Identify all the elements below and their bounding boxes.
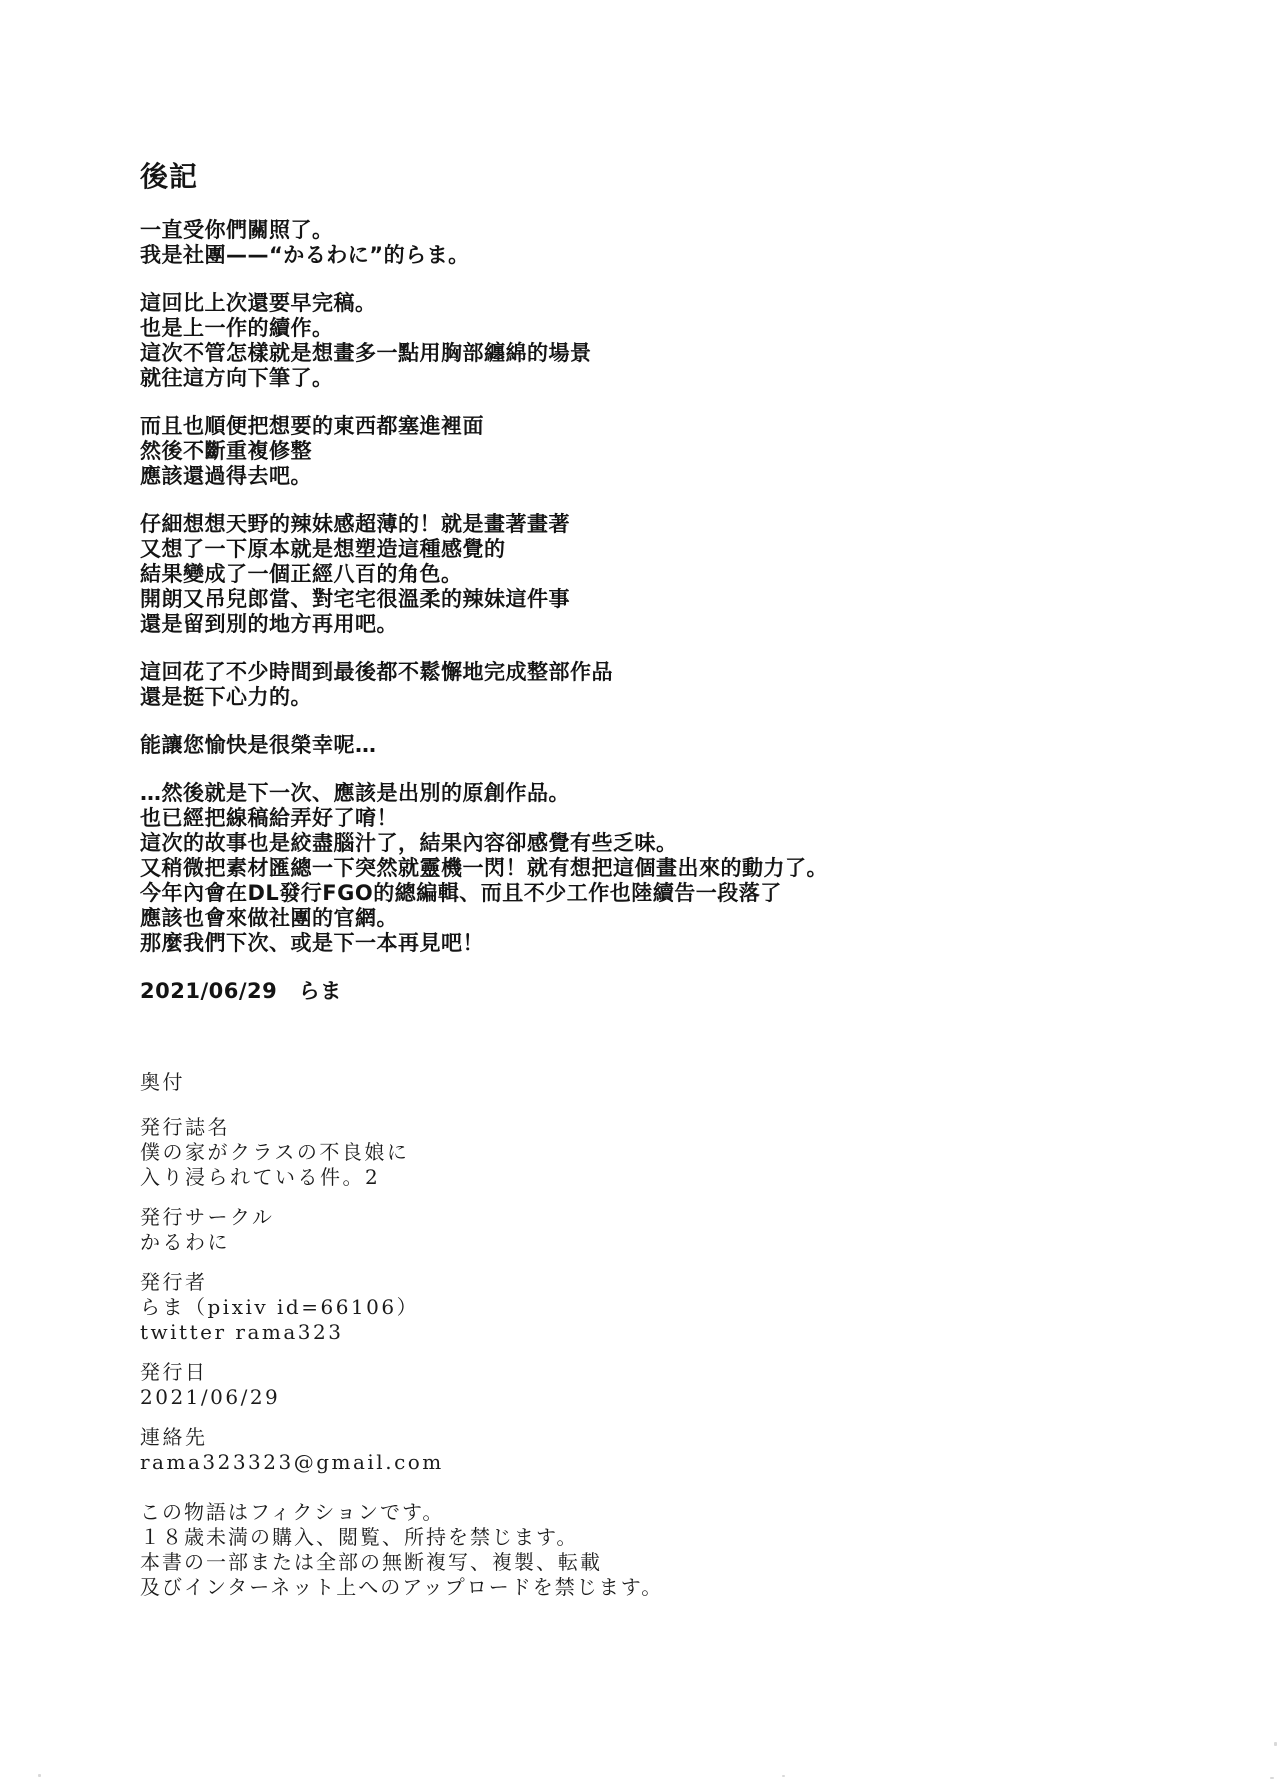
text-line: 一直受你們關照了。 bbox=[140, 218, 1200, 243]
text-line: rama323323@gmail.com bbox=[140, 1450, 1200, 1475]
text-line: この物語はフィクションです。 bbox=[140, 1500, 1200, 1525]
afterword-paragraph: 一直受你們關照了。我是社團——“かるわに”的らま。 bbox=[140, 218, 1200, 268]
colophon-entry-publisher: 発行者 らま（pixiv id=66106）twitter rama323 bbox=[140, 1270, 1200, 1345]
text-line: 這回比上次還要早完稿。 bbox=[140, 291, 1200, 316]
text-line: 僕の家がクラスの不良娘に bbox=[140, 1140, 1200, 1165]
text-line: 也已經把線稿給弄好了唷！ bbox=[140, 806, 1200, 831]
colophon-entry-date: 発行日 2021/06/29 bbox=[140, 1360, 1200, 1410]
text-line: 我是社團——“かるわに”的らま。 bbox=[140, 243, 1200, 268]
text-line: 及びインターネット上へのアップロードを禁じます。 bbox=[140, 1575, 1200, 1600]
text-line: …然後就是下一次、應該是出別的原創作品。 bbox=[140, 781, 1200, 806]
text-line: twitter rama323 bbox=[140, 1320, 1200, 1345]
text-line: 今年內會在DL發行FGO的總編輯、而且不少工作也陸續告一段落了 bbox=[140, 881, 1200, 906]
scan-noise-speck bbox=[1274, 1742, 1277, 1746]
text-line: １８歳未満の購入、閲覧、所持を禁じます。 bbox=[140, 1525, 1200, 1550]
text-line: 應該還過得去吧。 bbox=[140, 464, 1200, 489]
colophon-entry-contact: 連絡先 rama323323@gmail.com bbox=[140, 1425, 1200, 1475]
legal-disclaimer: この物語はフィクションです。１８歳未満の購入、閲覧、所持を禁じます。本書の一部ま… bbox=[140, 1500, 1200, 1600]
text-line: 這回花了不少時間到最後都不鬆懈地完成整部作品 bbox=[140, 660, 1200, 685]
scan-noise-speck bbox=[782, 1775, 785, 1777]
colophon-title: 奥付 bbox=[140, 1070, 1200, 1095]
text-line: 還是挺下心力的。 bbox=[140, 685, 1200, 710]
text-line: かるわに bbox=[140, 1230, 1200, 1255]
text-line: 就往這方向下筆了。 bbox=[140, 366, 1200, 391]
afterword-section: 後記 一直受你們關照了。我是社團——“かるわに”的らま。 這回比上次還要早完稿。… bbox=[140, 160, 1200, 1004]
colophon-label: 発行日 bbox=[140, 1360, 1200, 1385]
afterword-paragraph: 能讓您愉快是很榮幸呢… bbox=[140, 733, 1200, 758]
colophon-label: 発行者 bbox=[140, 1270, 1200, 1295]
text-line: 能讓您愉快是很榮幸呢… bbox=[140, 733, 1200, 758]
colophon-label: 発行誌名 bbox=[140, 1115, 1200, 1140]
text-line: 也是上一作的續作。 bbox=[140, 316, 1200, 341]
colophon-value: らま（pixiv id=66106）twitter rama323 bbox=[140, 1295, 1200, 1345]
text-line: 還是留到別的地方再用吧。 bbox=[140, 612, 1200, 637]
colophon-entry-publication: 発行誌名 僕の家がクラスの不良娘に入り浸られている件。2 bbox=[140, 1115, 1200, 1190]
text-line: 應該也會來做社團的官網。 bbox=[140, 906, 1200, 931]
afterword-paragraph: 這回花了不少時間到最後都不鬆懈地完成整部作品還是挺下心力的。 bbox=[140, 660, 1200, 710]
text-line: 結果變成了一個正經八百的角色。 bbox=[140, 562, 1200, 587]
text-line: 開朗又吊兒郎當、對宅宅很溫柔的辣妹這件事 bbox=[140, 587, 1200, 612]
text-line: 又想了一下原本就是想塑造這種感覺的 bbox=[140, 537, 1200, 562]
afterword-paragraph: 這回比上次還要早完稿。也是上一作的續作。這次不管怎樣就是想畫多一點用胸部纏綿的場… bbox=[140, 291, 1200, 391]
text-line: 這次不管怎樣就是想畫多一點用胸部纏綿的場景 bbox=[140, 341, 1200, 366]
colophon-section: 奥付 発行誌名 僕の家がクラスの不良娘に入り浸られている件。2 発行サークル か… bbox=[140, 1070, 1200, 1600]
afterword-paragraph: 而且也順便把想要的東西都塞進裡面然後不斷重複修整應該還過得去吧。 bbox=[140, 414, 1200, 489]
text-line: 仔細想想天野的辣妹感超薄的！就是畫著畫著 bbox=[140, 512, 1200, 537]
text-line: 然後不斷重複修整 bbox=[140, 439, 1200, 464]
text-line: らま（pixiv id=66106） bbox=[140, 1295, 1200, 1320]
text-line: 入り浸られている件。2 bbox=[140, 1165, 1200, 1190]
colophon-label: 発行サークル bbox=[140, 1205, 1200, 1230]
afterword-signature: 2021/06/29 らま bbox=[140, 979, 1200, 1004]
text-line: 本書の一部または全部の無断複写、複製、転載 bbox=[140, 1550, 1200, 1575]
afterword-paragraph: …然後就是下一次、應該是出別的原創作品。也已經把線稿給弄好了唷！這次的故事也是絞… bbox=[140, 781, 1200, 956]
scan-noise-speck bbox=[1270, 1777, 1274, 1779]
colophon-value: 2021/06/29 bbox=[140, 1385, 1200, 1410]
text-line: 這次的故事也是絞盡腦汁了，結果內容卻感覺有些乏味。 bbox=[140, 831, 1200, 856]
colophon-label: 連絡先 bbox=[140, 1425, 1200, 1450]
text-line: 又稍微把素材匯總一下突然就靈機一閃！就有想把這個畫出來的動力了。 bbox=[140, 856, 1200, 881]
afterword-title: 後記 bbox=[140, 160, 1200, 194]
afterword-paragraph: 仔細想想天野的辣妹感超薄的！就是畫著畫著又想了一下原本就是想塑造這種感覺的結果變… bbox=[140, 512, 1200, 637]
text-line: 而且也順便把想要的東西都塞進裡面 bbox=[140, 414, 1200, 439]
colophon-value: かるわに bbox=[140, 1230, 1200, 1255]
text-line: 那麼我們下次、或是下一本再見吧！ bbox=[140, 931, 1200, 956]
colophon-entry-circle: 発行サークル かるわに bbox=[140, 1205, 1200, 1255]
colophon-value: 僕の家がクラスの不良娘に入り浸られている件。2 bbox=[140, 1140, 1200, 1190]
scanned-page: 後記 一直受你們關照了。我是社團——“かるわに”的らま。 這回比上次還要早完稿。… bbox=[0, 0, 1280, 1780]
text-line: 2021/06/29 bbox=[140, 1385, 1200, 1410]
scan-noise-speck bbox=[38, 1774, 41, 1777]
colophon-value: rama323323@gmail.com bbox=[140, 1450, 1200, 1475]
page-content: 後記 一直受你們關照了。我是社團——“かるわに”的らま。 這回比上次還要早完稿。… bbox=[140, 160, 1200, 1600]
